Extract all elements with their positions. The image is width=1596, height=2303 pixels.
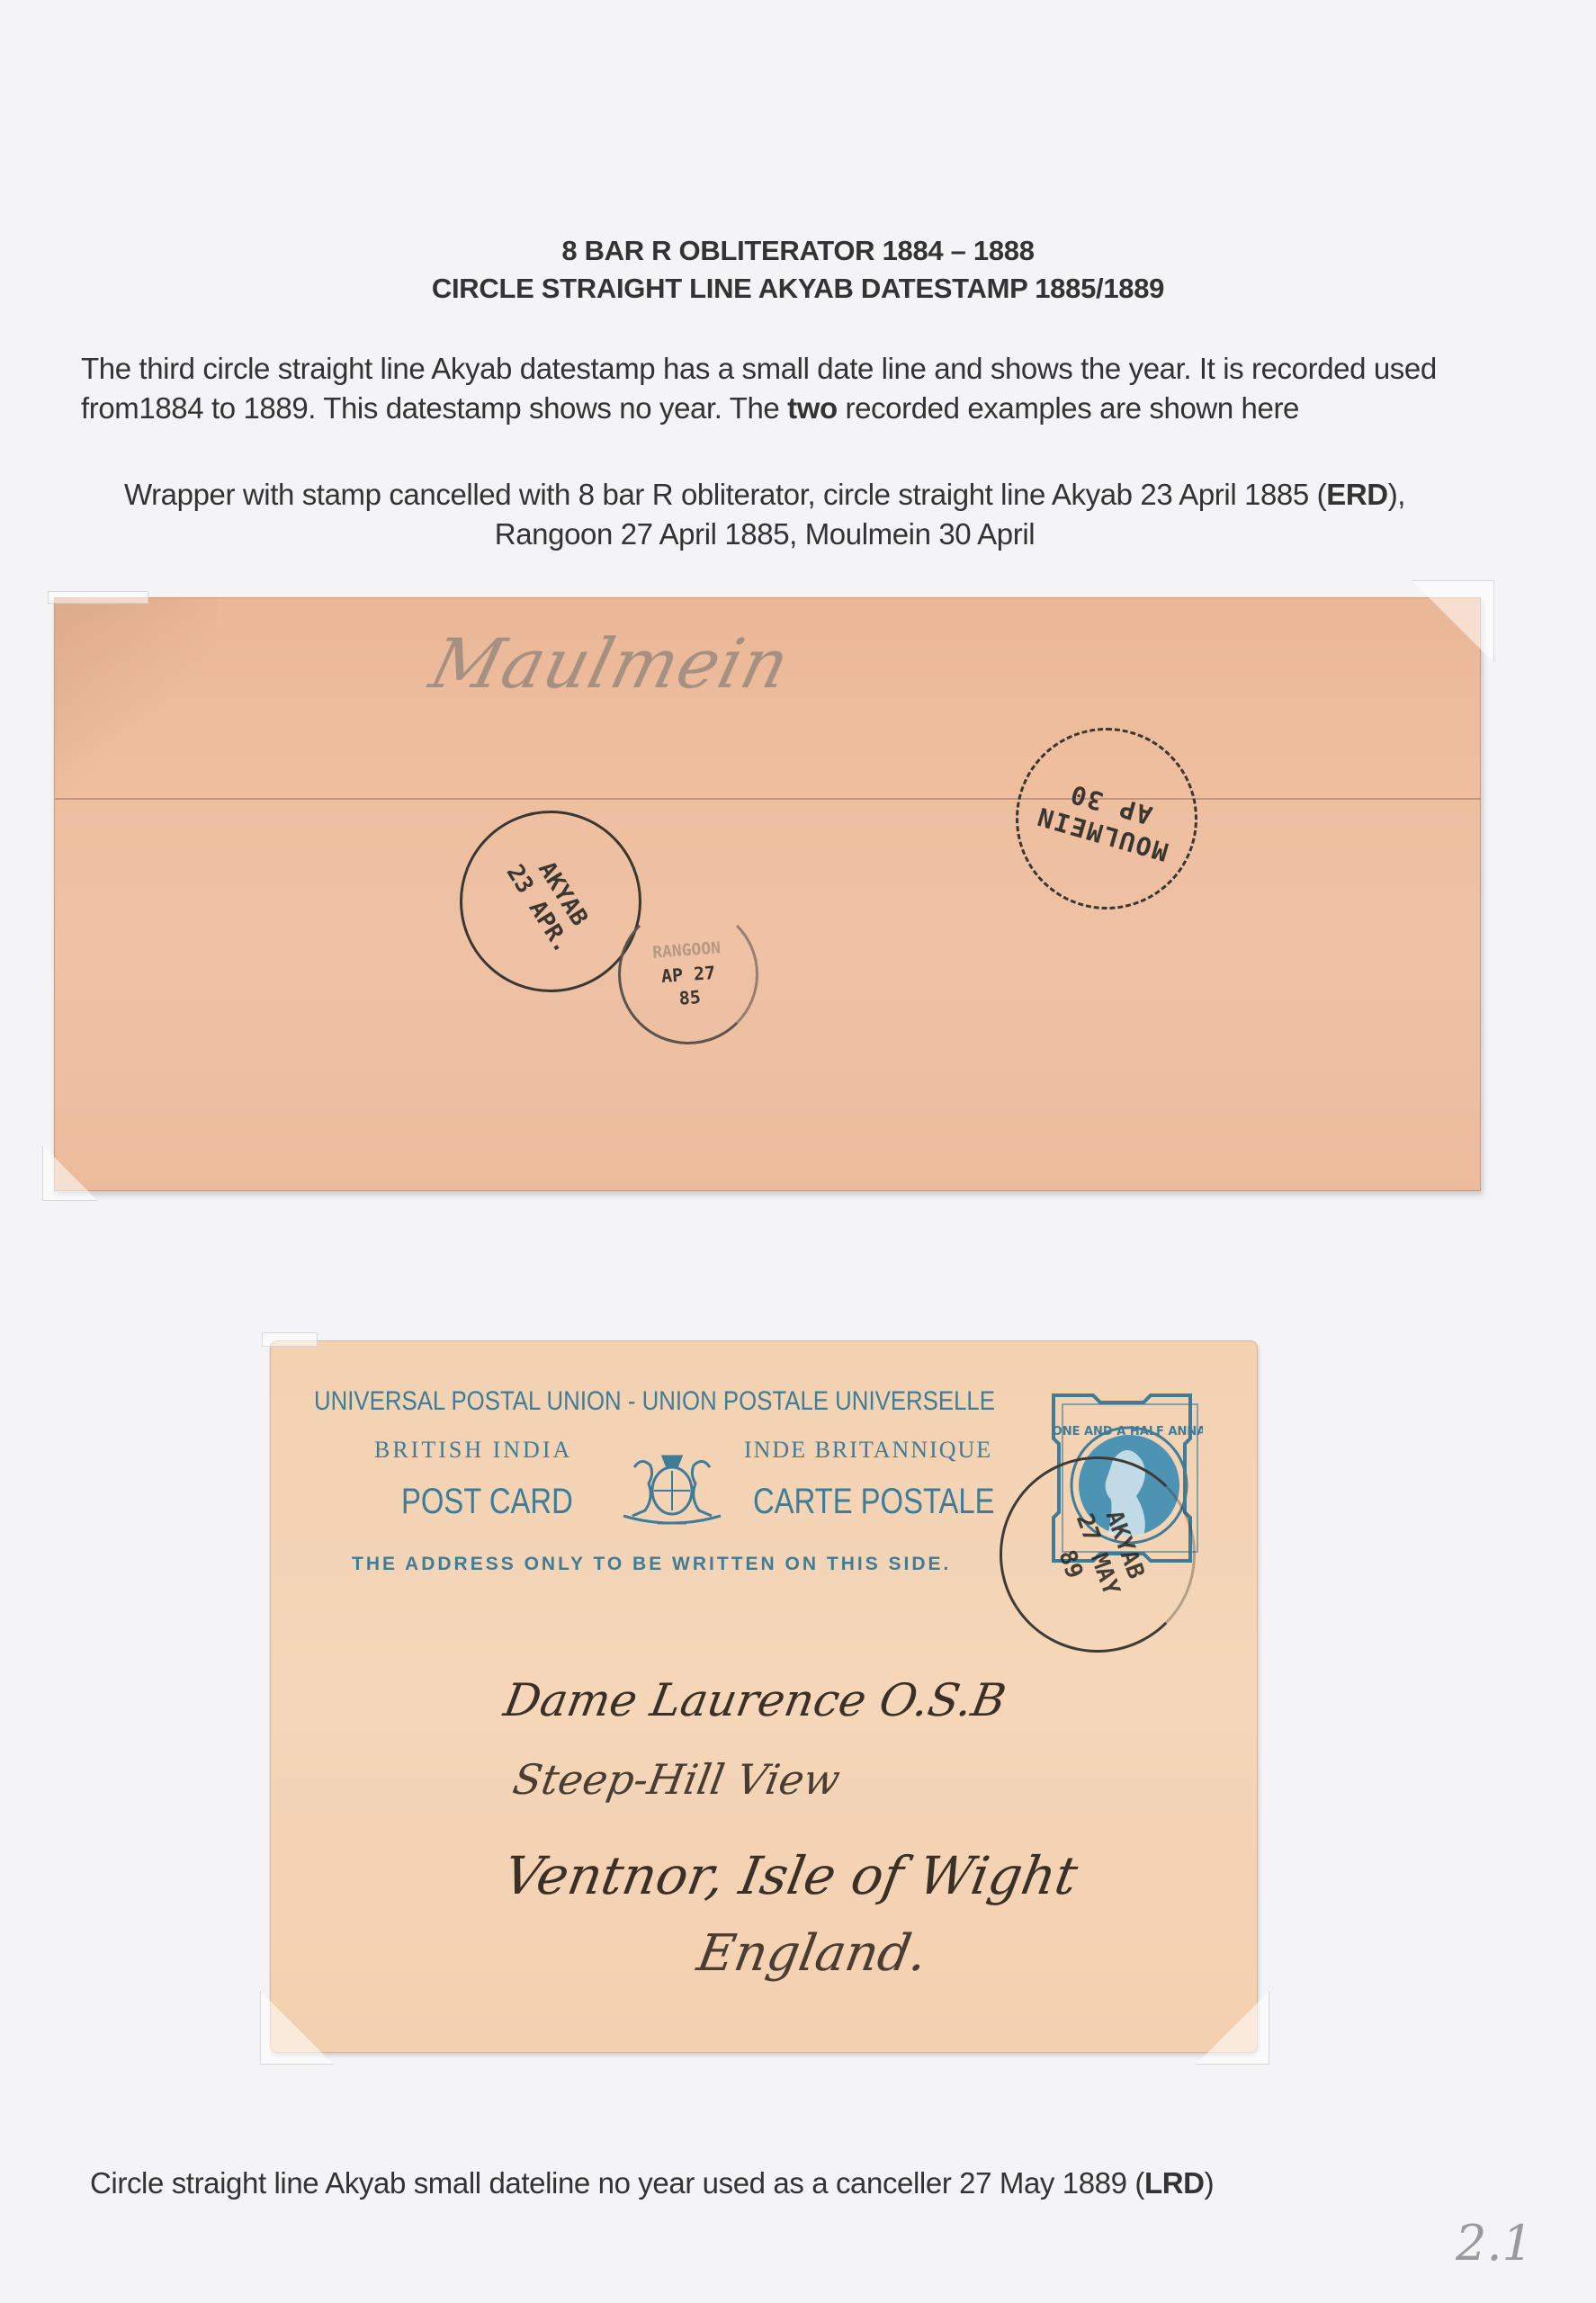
pencil-annotation: Maulmein [423,623,798,703]
post-card-label: POST CARD [401,1482,573,1522]
mount-corner [48,591,148,604]
british-india-label: BRITISH INDIA [374,1437,572,1464]
newspaper-wrapper: Maulmein AKYAB 23 APR. RANGOON AP 27 85 … [54,597,1481,1191]
intro-text-end: recorded examples are shown here [838,391,1299,425]
wrapper-caption-text: Wrapper with stamp cancelled with 8 bar … [124,478,1326,511]
inde-britannique-label: INDE BRITANNIQUE [744,1437,992,1464]
erd-label: ERD [1326,478,1387,511]
upu-header: UNIVERSAL POSTAL UNION - UNION POSTALE U… [314,1386,1088,1417]
flap-shading [55,598,217,796]
address-line: England. [693,1924,931,1983]
postal-stationery-card: UNIVERSAL POSTAL UNION - UNION POSTALE U… [270,1340,1258,2053]
postmark-year: 85 [678,985,702,1010]
akyab-postmark: AKYAB 23 APR. [460,811,641,992]
wrapper-caption: Wrapper with stamp cancelled with 8 bar … [90,475,1439,554]
fold-line [55,798,1480,800]
rangoon-postmark: RANGOON AP 27 85 [618,904,758,1044]
postmark-date: AP 27 [660,961,716,988]
intro-bold: two [787,391,838,425]
carte-postale-label: CARTE POSTALE [753,1482,995,1522]
title-line-1: 8 BAR R OBLITERATOR 1884 – 1888 [0,232,1596,270]
page-title: 8 BAR R OBLITERATOR 1884 – 1888 CIRCLE S… [0,232,1596,308]
postcard-caption-text-end: ) [1205,2166,1215,2200]
page-number: 2.1 [1456,2215,1533,2272]
royal-coat-of-arms-icon [614,1440,730,1532]
address-line: Steep-Hill View [509,1755,844,1804]
akyab-canceller-postmark: AKYAB 27 MAY 89 [1000,1456,1196,1653]
mount-corner [262,1332,318,1347]
mount-corner [42,1145,98,1201]
address-instruction: THE ADDRESS ONLY TO BE WRITTEN ON THIS S… [352,1554,951,1575]
postcard-caption: Circle straight line Akyab small datelin… [90,2164,1439,2203]
intro-paragraph: The third circle straight line Akyab dat… [81,349,1448,428]
title-line-2: CIRCLE STRAIGHT LINE AKYAB DATESTAMP 188… [0,270,1596,308]
address-line: Dame Laurence O.S.B [500,1674,1009,1726]
mount-corner [260,1991,334,2065]
svg-text:ONE AND A HALF ANNA: ONE AND A HALF ANNA [1053,1425,1203,1438]
postcard-caption-text: Circle straight line Akyab small datelin… [90,2166,1144,2200]
mount-corner [1412,580,1494,663]
address-line: Ventnor, Isle of Wight [499,1845,1082,1906]
moulmein-postmark: MOULMEIN AP 30 [1016,728,1197,910]
mount-corner [1196,1991,1269,2065]
lrd-label: LRD [1144,2166,1205,2200]
